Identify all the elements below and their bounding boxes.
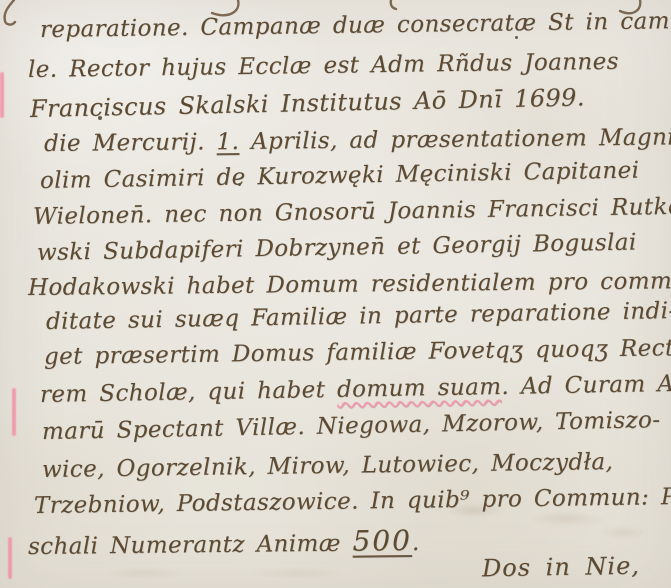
manuscript-line: wice, Ogorzelnik, Mirow, Lutowiec, Moczy… bbox=[42, 448, 614, 485]
manuscript-line: get præsertim Domus familiæ Fovetqʒ quoq… bbox=[44, 334, 671, 372]
manuscript-line: le. Rector hujus Ecclæ est Adm Rñdus Joa… bbox=[28, 48, 619, 85]
pink-margin-mark bbox=[12, 388, 16, 436]
manuscript-line: Hodakowski habet Domum residentialem pro… bbox=[28, 267, 671, 303]
line-text: Franciscus Skalski Institutus Aō Dnī 169… bbox=[30, 83, 585, 123]
pink-margin-mark bbox=[0, 72, 4, 118]
line-text: le. Rector hujus Ecclæ est Adm Rñdus Joa… bbox=[28, 49, 619, 83]
manuscript-page: reparatione. Campanæ duæ consecratæ St i… bbox=[0, 0, 671, 588]
manuscript-line: rem Scholæ, qui habet domum suam. Ad Cur… bbox=[40, 369, 671, 409]
line-text: schali Numerantz Animæ bbox=[28, 531, 353, 560]
line-text: ditate sui suæq Familiæ in parte reparat… bbox=[46, 298, 671, 335]
pink-margin-mark bbox=[8, 537, 12, 579]
manuscript-line: schali Numerantz Animæ 500. bbox=[28, 523, 420, 562]
manuscript-line: ditate sui suæq Familiæ in parte reparat… bbox=[46, 297, 671, 337]
ink-underlined-number: 500 bbox=[352, 524, 412, 558]
line-text: olim Casimiri de Kurozwęki Męciniski Cap… bbox=[40, 158, 640, 194]
line-text: Hodakowski habet Domum residentialem pro… bbox=[28, 268, 671, 301]
manuscript-line: Trzebniow, Podstaszowice. In quib⁹ pro C… bbox=[34, 483, 671, 521]
line-text: wski Subdapiferi Dobrzynen̄ et Georgij B… bbox=[37, 230, 637, 266]
manuscript-line: Wielonen̄. nec non Gnosorū Joannis Franc… bbox=[33, 193, 671, 232]
catchword: Dos in Nie, bbox=[482, 552, 640, 583]
line-text: die Mercurij. bbox=[44, 129, 217, 157]
ink-bleedthrough bbox=[60, 560, 400, 586]
line-text: Wielonen̄. nec non Gnosorū Joannis Franc… bbox=[33, 194, 671, 230]
line-text: Aprilis, ad præsentationem Magnifici bbox=[239, 124, 671, 155]
manuscript-line: wski Subdapiferi Dobrzynen̄ et Georgij B… bbox=[37, 229, 637, 268]
line-text: wice, Ogorzelnik, Mirow, Lutowiec, Moczy… bbox=[42, 449, 614, 483]
manuscript-line: die Mercurij. 1. Aprilis, ad præsentatio… bbox=[44, 123, 671, 159]
pink-underlined-text: domum suam bbox=[337, 374, 502, 403]
line-text: rem Scholæ, qui habet bbox=[40, 377, 337, 408]
manuscript-line: marū Spectant Villæ. Niegowa, Mzorow, To… bbox=[42, 406, 661, 447]
line-text: get præsertim Domus familiæ Fovetqʒ quoq… bbox=[44, 335, 671, 370]
manuscript-line: Franciscus Skalski Institutus Aō Dnī 169… bbox=[30, 82, 585, 124]
line-text: . bbox=[412, 530, 420, 556]
line-text: marū Spectant Villæ. Niegowa, Mzorow, To… bbox=[42, 407, 661, 445]
manuscript-line: olim Casimiri de Kurozwęki Męciniski Cap… bbox=[40, 157, 640, 196]
ink-underlined-text: 1. bbox=[216, 129, 239, 155]
line-text: Trzebniow, Podstaszowice. In quib⁹ pro C… bbox=[34, 484, 671, 519]
line-text: . Ad Curam Ani- bbox=[501, 370, 671, 400]
